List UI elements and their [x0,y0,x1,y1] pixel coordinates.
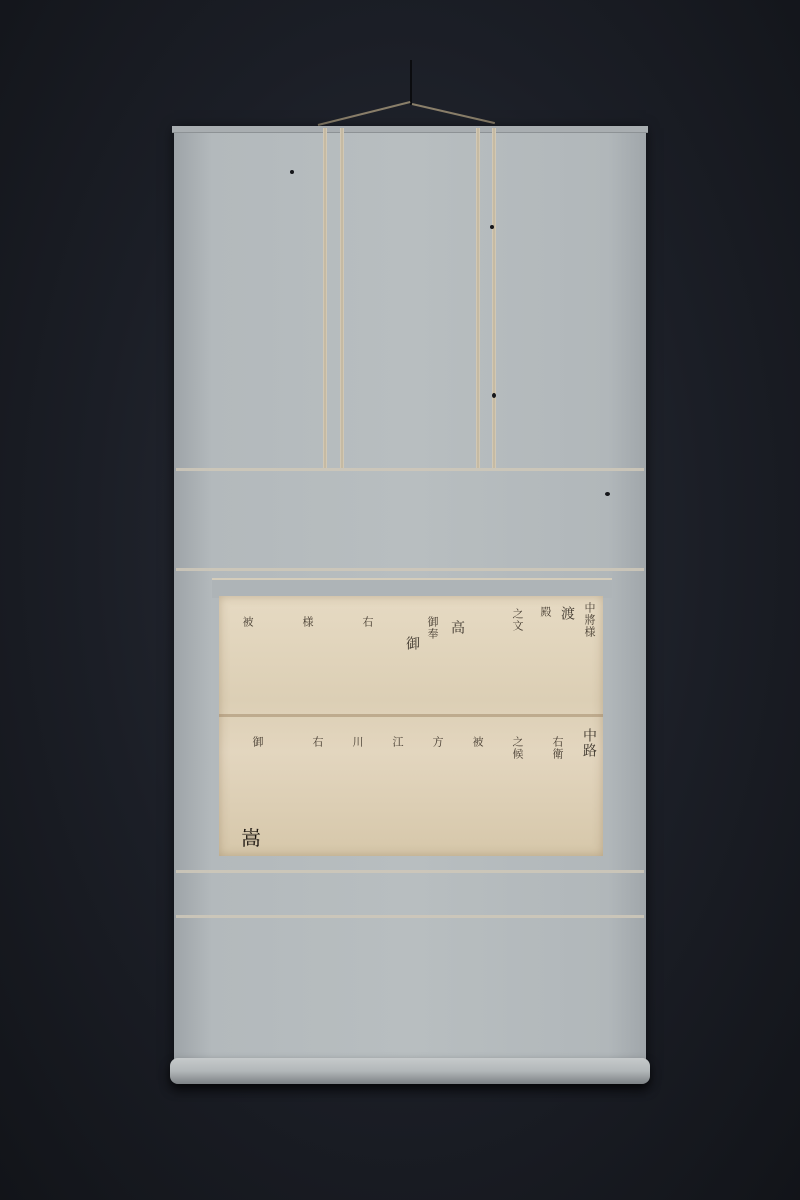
fold-line [176,468,644,471]
text-column: 被 [241,616,253,628]
futai-strip [476,128,480,468]
signature-seal: 嵩 [241,822,261,851]
wormhole-stain [490,225,494,229]
text-column: 御 [251,736,263,748]
text-column: 右 [361,616,373,628]
text-column: 御 [406,636,418,651]
text-column: 右 [311,736,323,748]
calligraphy-panel: 中將様 渡 殿 之文 高 御奉 御 右 様 被 中路 右衛 之候 被 方 江 川… [219,596,603,856]
text-column: 様 [301,616,313,628]
wormhole-stain [605,492,610,496]
text-column: 方 [431,736,443,748]
text-column: 川 [351,736,363,748]
fold-line [176,915,644,918]
text-column: 之文 [511,608,523,632]
text-column: 御奉 [426,616,438,640]
text-column: 中將様 [583,602,595,638]
hanging-string-right [412,103,495,124]
panel-frame [212,578,612,598]
fold-line [176,568,644,571]
wormhole-stain [492,393,496,398]
text-column: 被 [471,736,483,748]
paper-fold [219,714,603,717]
bottom-rod [170,1058,650,1084]
text-column: 江 [391,736,403,748]
text-column: 中路 [583,728,595,758]
futai-strip [492,128,496,468]
text-column: 殿 [539,606,551,618]
wormhole-stain [290,170,294,174]
fold-line [176,870,644,873]
text-column: 高 [451,620,463,635]
hanging-string-left [318,101,411,126]
text-column: 渡 [561,606,573,621]
top-rod [172,126,648,133]
futai-strip [323,128,327,468]
text-column: 之候 [511,736,523,760]
hanging-cord [410,60,412,105]
futai-strip [340,128,344,468]
text-column: 右衛 [551,736,563,760]
